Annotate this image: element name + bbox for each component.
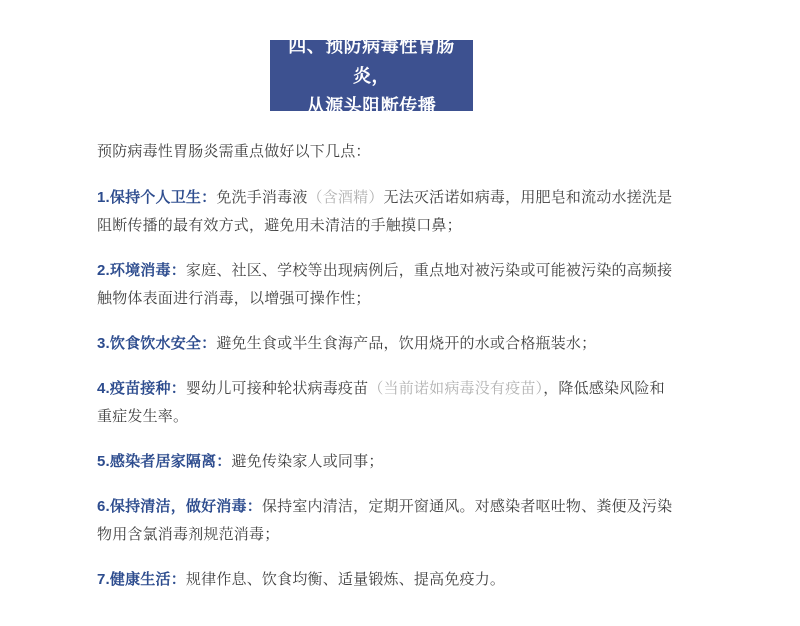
point-item: 6.保持清洁，做好消毒：保持室内清洁，定期开窗通风。对感染者呕吐物、粪便及污染物…	[97, 493, 675, 549]
point-text: 免洗手消毒液	[216, 189, 307, 206]
section-title-line2: 从源头阻断传播	[307, 91, 437, 121]
point-item: 3.饮食饮水安全：避免生食或半生食海产品，饮用烧开的水或合格瓶装水；	[97, 330, 675, 358]
point-label: 3.饮食饮水安全：	[97, 335, 216, 352]
point-item: 5.感染者居家隔离：避免传染家人或同事；	[97, 448, 675, 476]
intro-paragraph: 预防病毒性胃肠炎需重点做好以下几点：	[97, 138, 675, 166]
point-label: 7.健康生活：	[97, 571, 186, 588]
point-label: 6.保持清洁，做好消毒：	[97, 498, 262, 515]
section-title-line1: 四、预防病毒性胃肠炎，	[270, 31, 473, 91]
point-item: 4.疫苗接种：婴幼儿可接种轮状病毒疫苗（当前诺如病毒没有疫苗），降低感染风险和重…	[97, 375, 675, 431]
point-text: 避免生食或半生食海产品，饮用烧开的水或合格瓶装水；	[216, 335, 596, 352]
point-text-muted: （当前诺如病毒没有疫苗）	[368, 380, 543, 397]
point-label: 4.疫苗接种：	[97, 380, 186, 397]
point-item: 1.保持个人卫生：免洗手消毒液（含酒精）无法灭活诺如病毒，用肥皂和流动水搓洗是阻…	[97, 184, 675, 240]
points-list: 1.保持个人卫生：免洗手消毒液（含酒精）无法灭活诺如病毒，用肥皂和流动水搓洗是阻…	[97, 184, 675, 594]
article-body: 预防病毒性胃肠炎需重点做好以下几点： 1.保持个人卫生：免洗手消毒液（含酒精）无…	[97, 138, 675, 594]
section-title-banner: 四、预防病毒性胃肠炎， 从源头阻断传播	[270, 40, 473, 111]
point-text: 婴幼儿可接种轮状病毒疫苗	[186, 380, 368, 397]
point-item: 7.健康生活：规律作息、饮食均衡、适量锻炼、提高免疫力。	[97, 566, 675, 594]
point-text: 规律作息、饮食均衡、适量锻炼、提高免疫力。	[186, 571, 505, 588]
point-text-muted: （含酒精）	[308, 189, 384, 206]
point-label: 1.保持个人卫生：	[97, 189, 216, 206]
point-label: 5.感染者居家隔离：	[97, 453, 232, 470]
point-text: 避免传染家人或同事；	[232, 453, 384, 470]
article-page: 四、预防病毒性胃肠炎， 从源头阻断传播 预防病毒性胃肠炎需重点做好以下几点： 1…	[0, 0, 800, 626]
point-item: 2.环境消毒：家庭、社区、学校等出现病例后，重点地对被污染或可能被污染的高频接触…	[97, 257, 675, 313]
point-label: 2.环境消毒：	[97, 262, 186, 279]
